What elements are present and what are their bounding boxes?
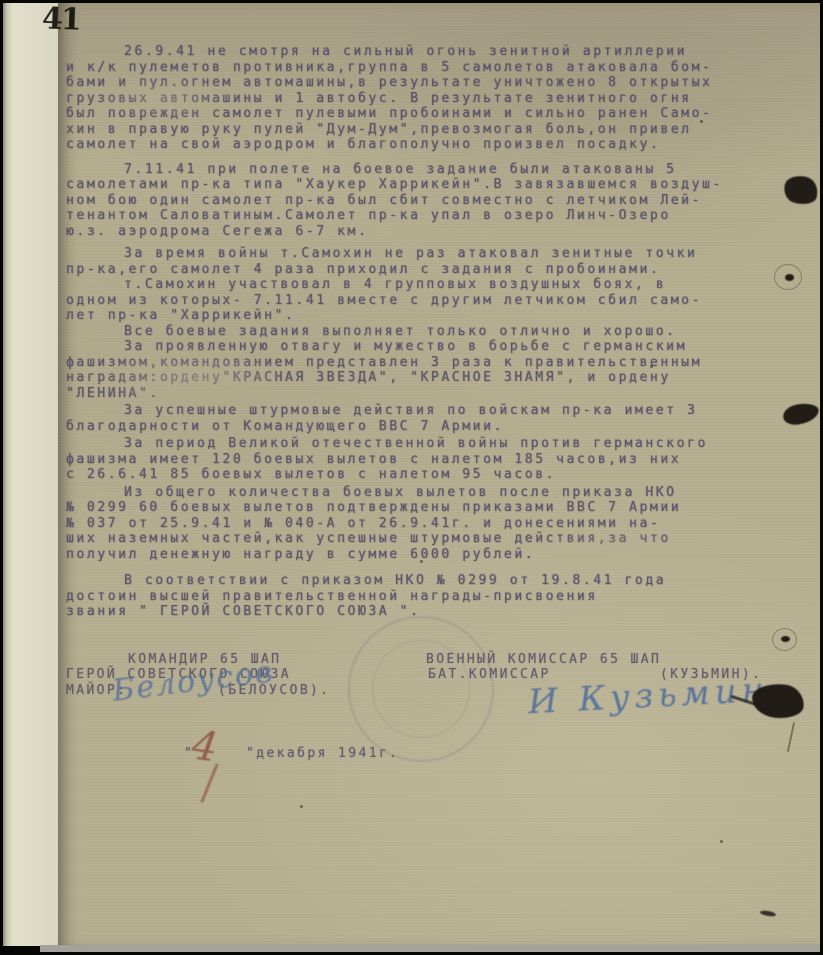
round-stamp (348, 616, 494, 762)
typed-line: благодарности от Командующего ВВС 7 Арми… (66, 419, 752, 435)
typed-line: За успешные штурмовые действия по войска… (66, 403, 752, 419)
paper-speck (300, 805, 303, 808)
ink-dot (781, 636, 790, 642)
paper-speck (420, 560, 423, 563)
typed-line: одном из которых- 7.11.41 вместе с други… (66, 293, 752, 309)
paragraph-8: За период Великой отечественной войны пр… (66, 436, 752, 483)
paragraph-1: 26.9.41 не смотря на сильный огонь зенит… (66, 44, 752, 153)
paragraph-2: 7.11.41 при полете на боевое задание был… (66, 162, 752, 240)
typed-line: пр-ка,его самолет 4 раза приходил с зада… (66, 262, 752, 278)
typed-line: самолет на свой аэродром и благополучно … (66, 137, 752, 153)
typed-line: В соответствии с приказом НКО № 0299 от … (66, 573, 752, 589)
typed-line: наградам:ордену"КРАСНАЯ ЗВЕЗДА", "КРАСНО… (66, 370, 752, 386)
typed-line: За время войны т.Самохин не раз атаковал… (66, 246, 752, 262)
typed-line: достоин высшей правительственной награды… (66, 589, 752, 605)
date-text: "декабря 1941г. (246, 746, 399, 761)
typed-line: фашизмом,командованием представлен 3 раз… (66, 355, 752, 371)
typed-line: хин в правую руку пулей "Дум-Дум",превоз… (66, 122, 752, 138)
paragraph-6: За проявленную отвагу и мужество в борьб… (66, 339, 752, 401)
typed-line: с 26.6.41 85 боевых вылетов с налетом 95… (66, 467, 752, 483)
paragraph-9: Из общего количества боевых вылетов посл… (66, 485, 752, 563)
typed-line: Все боевые задания выполняет только отли… (66, 324, 752, 340)
paper-speck (650, 365, 653, 368)
typed-line: т.Самохин участвовал в 4 групповых возду… (66, 277, 752, 293)
paragraph-5: Все боевые задания выполняет только отли… (66, 324, 752, 340)
paragraph-4: т.Самохин участвовал в 4 групповых возду… (66, 277, 752, 324)
typed-line: Из общего количества боевых вылетов посл… (66, 485, 752, 501)
typed-line: бами и пул.огнем автомашины,в результате… (66, 75, 752, 91)
typewritten-text: 26.9.41 не смотря на сильный огонь зенит… (66, 44, 752, 620)
typed-line: был поврежден самолет пулевыми пробоинам… (66, 106, 752, 122)
scanned-document: 41 26.9.41 не смотря на сильный огонь зе… (0, 0, 823, 955)
typed-line: ю.з. аэродрома Сегежа 6-7 км. (66, 224, 752, 240)
typed-line: самолетами пр-ка типа "Хаукер Харрикейн"… (66, 177, 752, 193)
typed-line: лет пр-ка "Харрикейн". (66, 308, 752, 324)
paper-speck (720, 840, 723, 843)
typed-line: № 037 от 25.9.41 и № 040-А от 26.9.41г. … (66, 516, 752, 532)
typed-line: фашизма имеет 120 боевых вылетов с налет… (66, 452, 752, 468)
typed-line: "ЛЕНИНА". (66, 386, 752, 402)
scanner-edge-band (40, 945, 820, 952)
typed-line: ших наземных частей,как успешные штурмов… (66, 531, 752, 547)
typed-line: № 0299 60 боевых вылетов подтверждены пр… (66, 500, 752, 516)
typed-line: тенантом Саловатиным.Самолет пр-ка упал … (66, 208, 752, 224)
paper-speck (700, 120, 703, 123)
paragraph-3: За время войны т.Самохин не раз атаковал… (66, 246, 752, 277)
typed-line: 26.9.41 не смотря на сильный огонь зенит… (66, 44, 752, 60)
ink-dot (785, 274, 794, 281)
typed-line: грузовых автомашины и 1 автобус. В резул… (66, 91, 752, 107)
paragraph-7: За успешные штурмовые действия по войска… (66, 403, 752, 434)
typed-line: 7.11.41 при полете на боевое задание был… (66, 162, 752, 178)
backing-page-edge (3, 3, 60, 946)
typed-line: и к/к пулеметов противника,группа в 5 са… (66, 60, 752, 76)
typed-line: получил денежную награду в сумме 6000 ру… (66, 547, 752, 563)
typed-line: ном бою один самолет пр-ка был сбит совм… (66, 193, 752, 209)
typed-line: За период Великой отечественной войны пр… (66, 436, 752, 452)
typed-line: За проявленную отвагу и мужество в борьб… (66, 339, 752, 355)
paragraph-10: В соответствии с приказом НКО № 0299 от … (66, 573, 752, 620)
handwritten-page-mark: 41 (41, 1, 80, 37)
